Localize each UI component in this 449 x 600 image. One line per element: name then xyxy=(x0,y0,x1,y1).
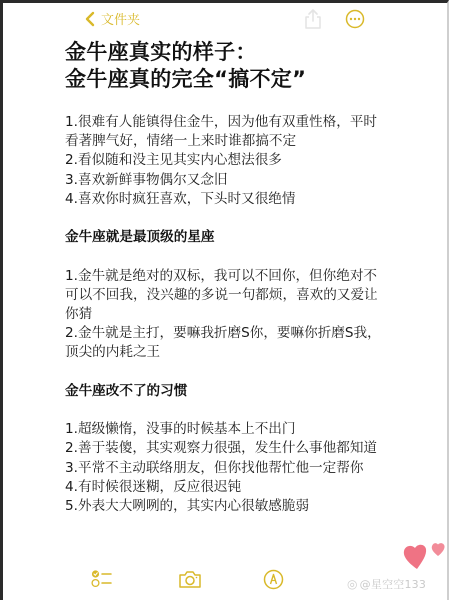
markup-pen-icon xyxy=(263,569,284,590)
notes-screen: 文件夹 金牛座真实的样子： 金牛座真的完全“搞不定” 1.很难有人能镇得住金牛，… xyxy=(0,0,449,600)
title-line-2: 金牛座真的完全“搞不定” xyxy=(65,66,410,93)
markup-button[interactable] xyxy=(263,569,284,594)
section-top-sign: 金牛座就是最顶级的星座 1.金牛就是绝对的双标，我可以不回你，但你绝对不 可以不… xyxy=(65,228,410,362)
watermark-text: @星空空133 xyxy=(360,576,426,592)
checklist-button[interactable] xyxy=(91,569,113,593)
share-icon xyxy=(303,8,323,30)
text-line: 3.喜欢新鲜事物偶尔又念旧 xyxy=(65,171,410,190)
share-button[interactable] xyxy=(303,8,323,30)
text-line: 2.善于装傻，其实观察力很强，发生什么事他都知道 xyxy=(65,439,410,458)
blank-line xyxy=(65,401,410,420)
nav-bar: 文件夹 xyxy=(3,3,447,35)
more-options-button[interactable] xyxy=(345,9,365,29)
text-line: 1.金牛就是绝对的双标，我可以不回你，但你绝对不 xyxy=(65,267,410,286)
text-line: 可以不回我，没兴趣的多说一句都烦，喜欢的又爱让 xyxy=(65,286,410,305)
text-line: 1.超级懒惰，没事的时候基本上不出门 xyxy=(65,420,410,439)
text-line: 2.金牛就是主打，要嘛我折磨S你，要嘛你折磨S我， xyxy=(65,324,410,343)
chevron-left-icon xyxy=(85,11,95,27)
checklist-icon xyxy=(91,569,113,589)
text-line: 你猜 xyxy=(65,305,410,324)
note-title: 金牛座真实的样子： 金牛座真的完全“搞不定” xyxy=(65,39,410,93)
section-heading: 金牛座改不了的习惯 xyxy=(65,382,410,401)
note-body[interactable]: 金牛座真实的样子： 金牛座真的完全“搞不定” 1.很难有人能镇得住金牛，因为他有… xyxy=(65,39,410,516)
blank-line xyxy=(65,209,410,228)
text-line: 2.看似随和没主见其实内心想法很多 xyxy=(65,151,410,170)
heart-icon xyxy=(401,536,449,572)
section-habits: 金牛座改不了的习惯 1.超级懒惰，没事的时候基本上不出门 2.善于装傻，其实观察… xyxy=(65,382,410,516)
text-line: 3.平常不主动联络朋友，但你找他帮忙他一定帮你 xyxy=(65,459,410,478)
text-line: 5.外表大大咧咧的，其实内心很敏感脆弱 xyxy=(65,497,410,516)
ellipsis-circle-icon xyxy=(345,9,365,29)
text-line: 4.喜欢你时疯狂喜欢，下头时又很绝情 xyxy=(65,190,410,209)
text-line: 顶尖的内耗之王 xyxy=(65,343,410,362)
section-heading: 金牛座就是最顶级的星座 xyxy=(65,228,410,247)
back-label: 文件夹 xyxy=(101,9,140,28)
blank-line xyxy=(65,247,410,266)
text-line: 看著脾气好，情绪一上来时谁都搞不定 xyxy=(65,132,410,151)
camera-button[interactable] xyxy=(178,569,202,593)
hearts-sticker xyxy=(401,536,449,576)
watermark: ◎ @星空空133 xyxy=(347,576,426,592)
text-line: 4.有时候很迷糊，反应很迟钝 xyxy=(65,478,410,497)
back-to-folders-button[interactable]: 文件夹 xyxy=(85,9,140,28)
section-traits: 1.很难有人能镇得住金牛，因为他有双重性格，平时 看著脾气好，情绪一上来时谁都搞… xyxy=(65,113,410,209)
camera-icon xyxy=(178,569,202,589)
weibo-logo-icon: ◎ xyxy=(347,577,358,591)
text-line: 1.很难有人能镇得住金牛，因为他有双重性格，平时 xyxy=(65,113,410,132)
blank-line xyxy=(65,363,410,382)
title-line-1: 金牛座真实的样子： xyxy=(65,39,410,66)
